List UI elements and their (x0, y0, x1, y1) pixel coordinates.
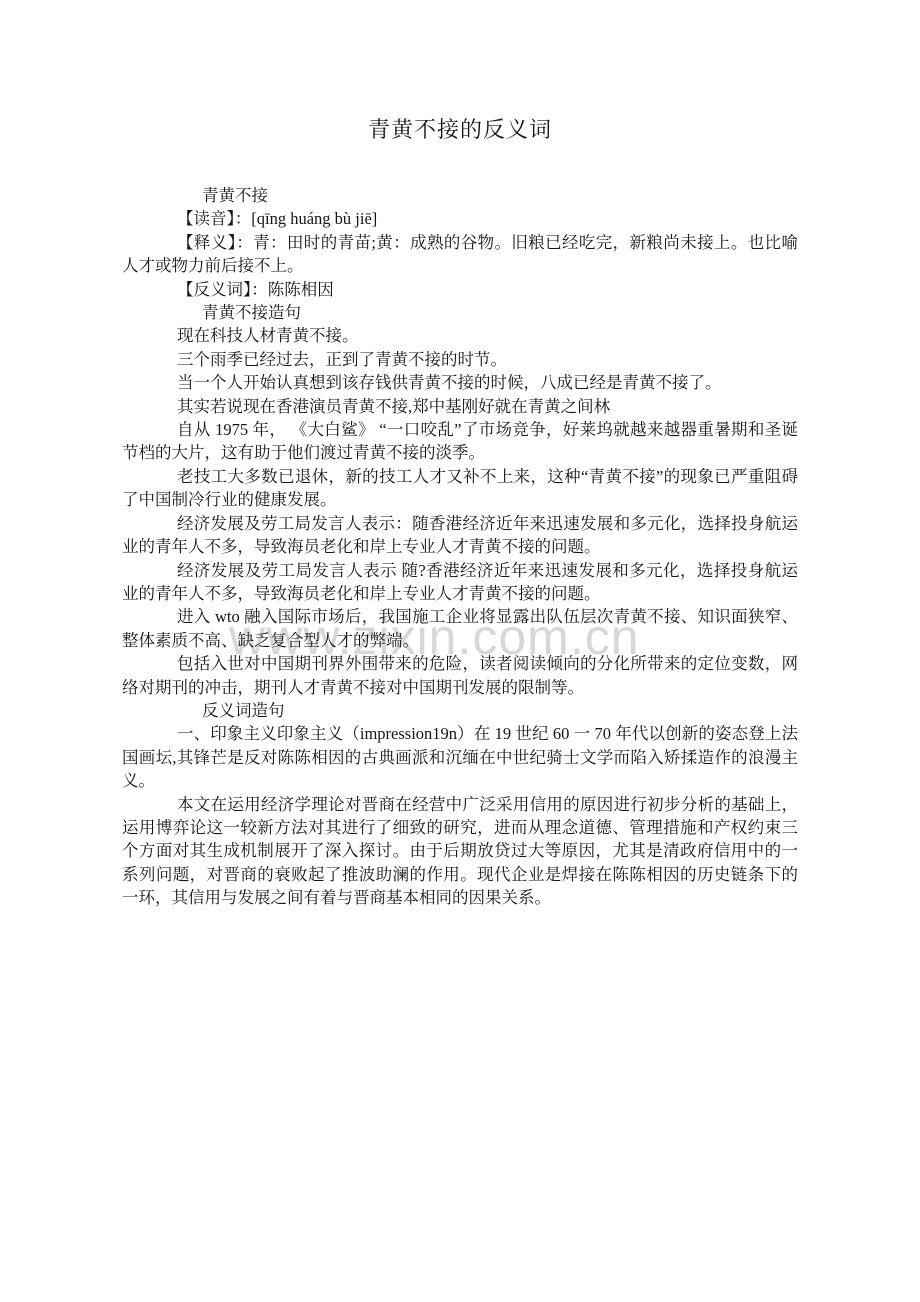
paragraph: 一、印象主义印象主义（impression19n）在 19 世纪 60 一 70… (122, 722, 798, 792)
paragraph: 经济发展及劳工局发言人表示：随香港经济近年来迅速发展和多元化，选择投身航运业的青… (122, 512, 798, 559)
paragraph: 老技工大多数已退休，新的技工人才又补不上来，这种“青黄不接”的现象已严重阻碍了中… (122, 465, 798, 512)
paragraph: 现在科技人材青黄不接。 (122, 324, 798, 347)
paragraph: 当一个人开始认真想到该存钱供青黄不接的时候，八成已经是青黄不接了。 (122, 371, 798, 394)
document-title: 青黄不接的反义词 (0, 114, 920, 146)
paragraph: 自从 1975 年， 《大白鲨》 “一口咬乱”了市场竞争，好莱坞就越来越器重暑期… (122, 418, 798, 465)
paragraph: 本文在运用经济学理论对晋商在经营中广泛采用信用的原因进行初步分析的基础上，运用博… (122, 793, 798, 910)
paragraph: 青黄不接造句 (122, 301, 798, 324)
paragraph: 【读音】：[qīng huáng bù jiē] (122, 207, 798, 230)
paragraph: 反义词造句 (122, 699, 798, 722)
paragraph: 经济发展及劳工局发言人表示 随?香港经济近年来迅速发展和多元化，选择投身航运业的… (122, 559, 798, 606)
paragraph: 其实若说现在香港演员青黄不接,郑中基刚好就在青黄之间林 (122, 395, 798, 418)
paragraph: 【反义词】：陈陈相因 (122, 278, 798, 301)
paragraph: 进入 wto 融入国际市场后，我国施工企业将显露出队伍层次青黄不接、知识面狭窄、… (122, 605, 798, 652)
paragraph: 青黄不接 (122, 184, 798, 207)
document-body: 青黄不接【读音】：[qīng huáng bù jiē]【释义】：青：田时的青苗… (122, 184, 798, 910)
paragraph: 包括入世对中国期刊界外围带来的危险，读者阅读倾向的分化所带来的定位变数，网络对期… (122, 652, 798, 699)
document-page: www.zixin.com.cn 青黄不接的反义词 青黄不接【读音】：[qīng… (0, 0, 920, 1302)
paragraph: 【释义】：青：田时的青苗;黄：成熟的谷物。旧粮已经吃完，新粮尚未接上。也比喻人才… (122, 231, 798, 278)
paragraph: 三个雨季已经过去，正到了青黄不接的时节。 (122, 348, 798, 371)
